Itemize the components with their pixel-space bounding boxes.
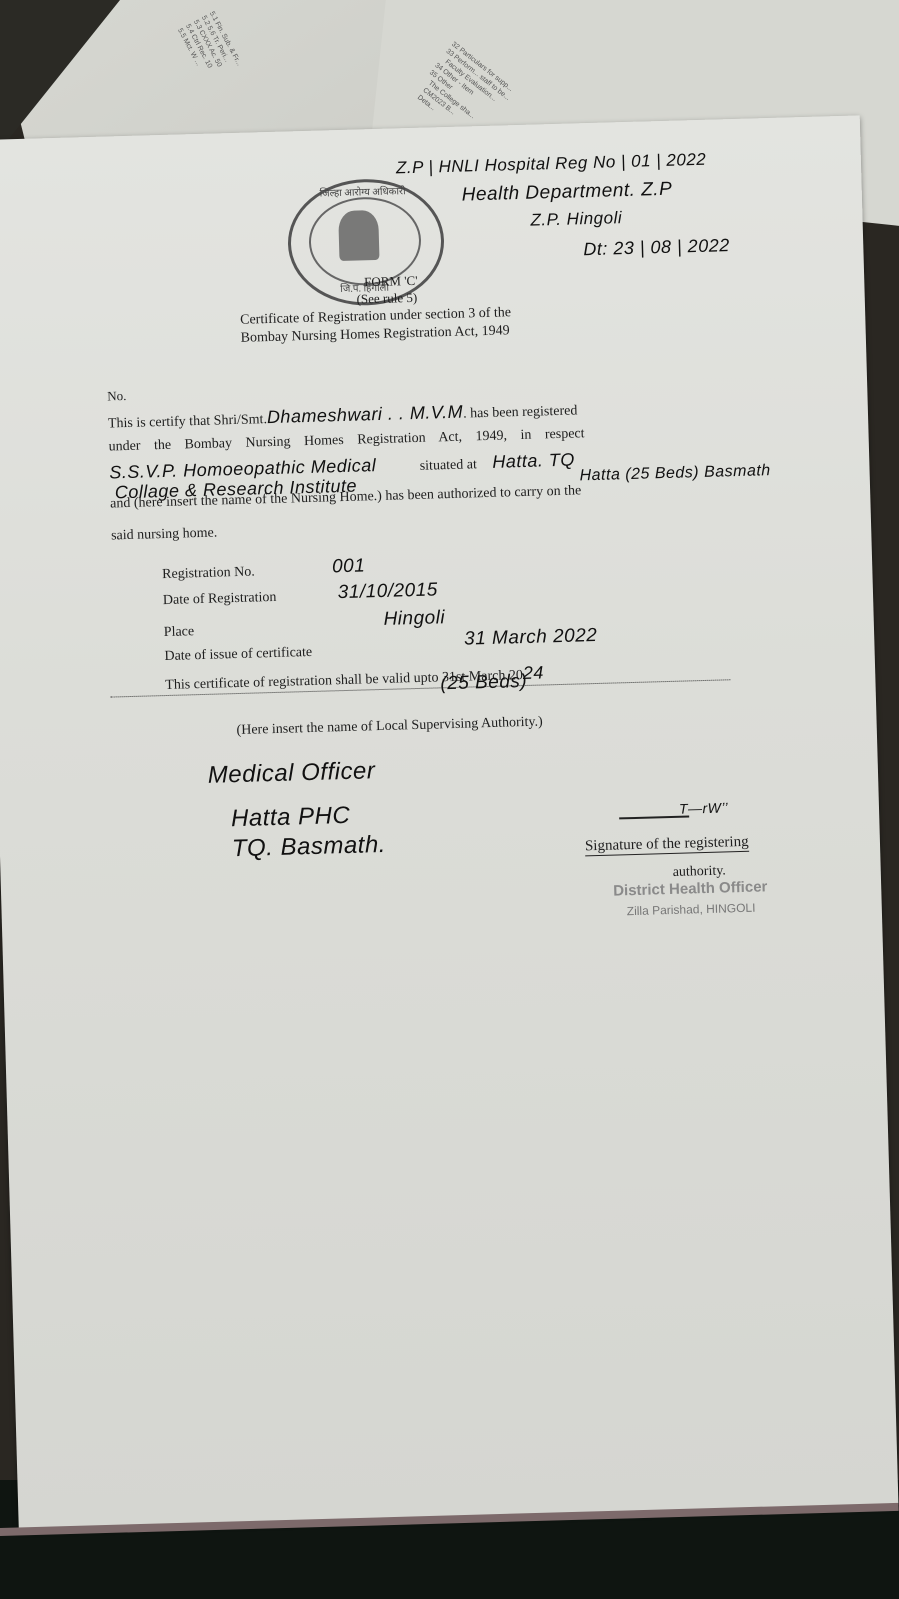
seal-top-text: जिल्हा आरोग्य अधिकारी	[319, 183, 405, 199]
signature: T—rW’’	[679, 799, 729, 816]
date-of-registration-value: 31/10/2015	[337, 579, 438, 604]
date-of-issue-value: 31 March 2022	[464, 625, 598, 651]
beds-count: (25 Beds)	[440, 671, 527, 695]
form-label: FORM 'C'	[364, 273, 418, 290]
zp-annotation: Z.P. Hingoli	[530, 208, 622, 231]
hospital-reg-annotation: Z.P | HNLI Hospital Reg No | 01 | 2022	[396, 150, 707, 179]
date-of-issue-label: Date of issue of certificate	[164, 645, 312, 665]
registrant-name: Dhameshwari . . M.V.M	[267, 402, 464, 427]
ashoka-emblem-icon	[338, 210, 379, 261]
authority-instruction: (Here insert the name of Local Supervisi…	[236, 715, 543, 740]
rule-reference: (See rule 5)	[356, 290, 417, 308]
officer-stamp-line1: District Health Officer	[613, 878, 768, 899]
registration-number-value: 001	[332, 555, 366, 578]
closing-line: said nursing home.	[111, 526, 218, 545]
department-annotation: Health Department. Z.P	[461, 179, 672, 207]
signature-label-authority: authority.	[673, 863, 727, 880]
place-label: Place	[164, 624, 195, 641]
location-beds-annotation: Hatta (25 Beds) Basmath	[579, 462, 771, 485]
situated-location: Hatta. TQ	[492, 450, 575, 472]
registration-number-label: Registration No.	[162, 565, 255, 584]
officer-stamp-line2: Zilla Parishad, HINGOLI	[627, 901, 756, 919]
certificate-sheet: जिल्हा आरोग्य अधिकारी जि.प. हिंगोली Z.P …	[0, 115, 898, 1529]
place-value: Hingoli	[383, 607, 445, 631]
authority-name-line1: Medical Officer	[207, 757, 375, 790]
authority-name-line3: TQ. Basmath.	[232, 831, 387, 863]
annotation-date: Dt: 23 | 08 | 2022	[583, 235, 730, 260]
date-of-registration-label: Date of Registration	[163, 590, 277, 609]
authority-name-line2: Hatta PHC	[231, 802, 351, 833]
number-label: No.	[107, 388, 127, 405]
signature-label: Signature of the registering	[585, 834, 749, 857]
